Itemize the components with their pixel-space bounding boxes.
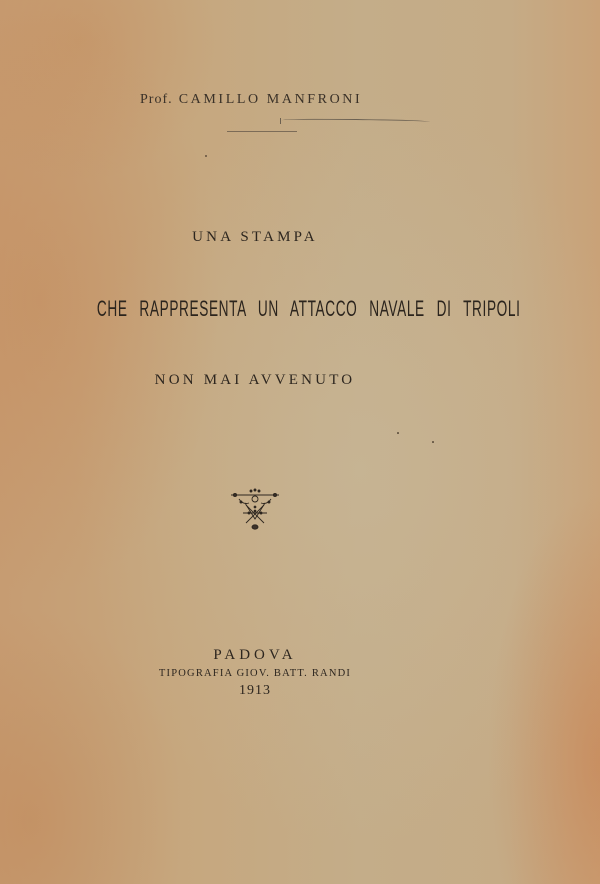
ink-speck	[397, 432, 399, 434]
title-line-1: UNA STAMPA	[0, 229, 510, 246]
printers-fleuron-ornament-icon	[229, 483, 281, 531]
imprint-place: PADOVA	[0, 647, 510, 664]
imprint-printer: TIPOGRAFIA GIOV. BATT. RANDI	[0, 668, 510, 679]
ink-speck	[205, 155, 207, 157]
author-prefix: Prof.	[140, 92, 173, 107]
title-line-2: CHE RAPPRESENTA UN ATTACCO NAVALE DI TRI…	[97, 296, 413, 322]
author-line: Prof. CAMILLO MANFRONI	[140, 92, 362, 108]
pencil-underline	[282, 118, 430, 124]
author-rule	[227, 131, 297, 132]
book-cover-page: Prof. CAMILLO MANFRONI UNA STAMPA CHE RA…	[0, 0, 600, 884]
title-line-3: NON MAI AVVENUTO	[0, 372, 510, 389]
author-name: CAMILLO MANFRONI	[179, 92, 363, 107]
ink-speck	[432, 441, 434, 443]
imprint-year: 1913	[0, 683, 510, 699]
